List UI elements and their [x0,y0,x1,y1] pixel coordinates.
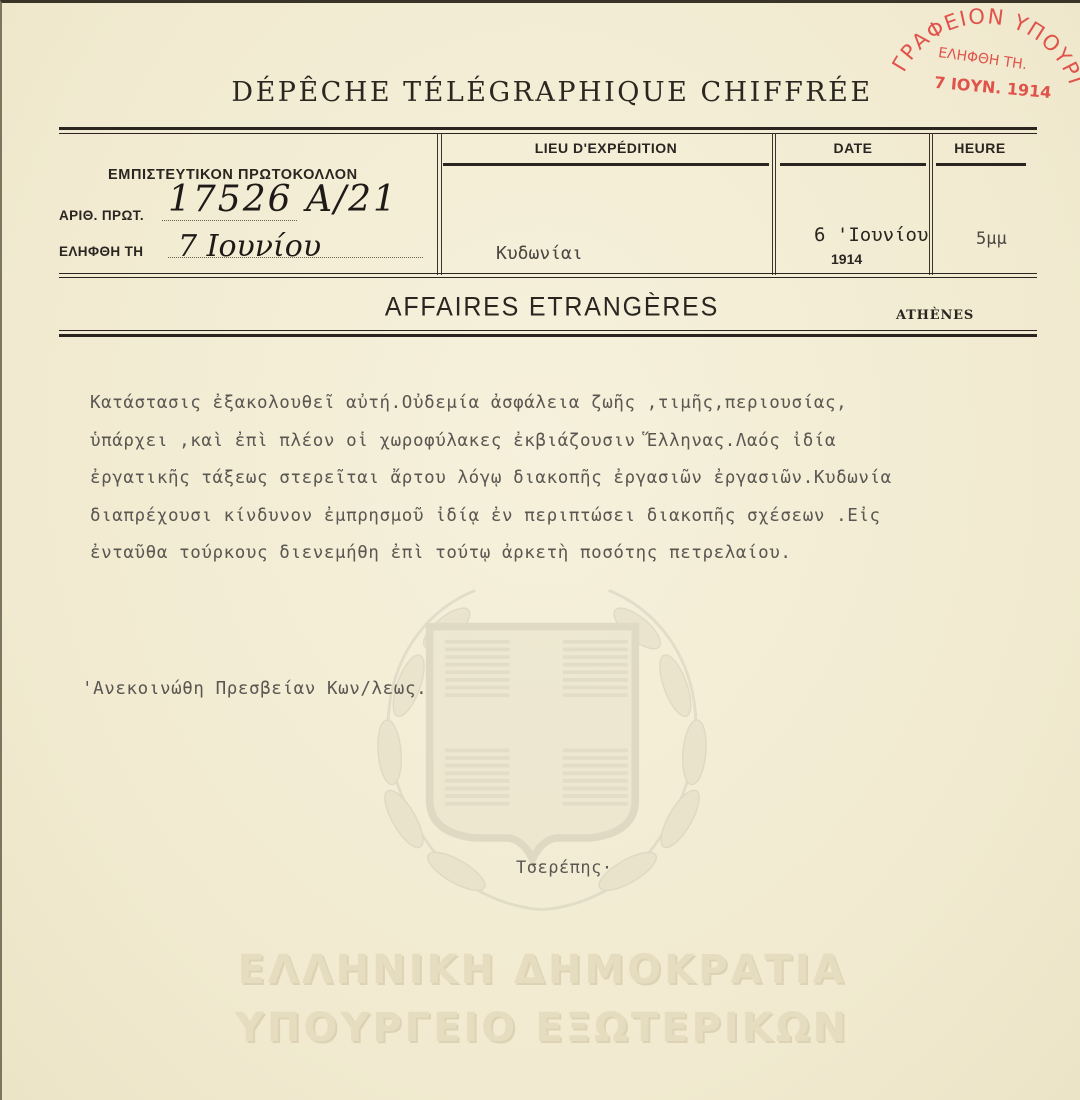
message-line: ἐργατικῆς τάξεως στερεῖται ἄρτου λόγῳ δι… [90,460,1080,498]
watermark-line1: ΕΛΛΗΝΙΚΗ ΔΗΜΟΚΡΑΤΙΑ [2,947,1080,993]
middle-rule [59,277,1037,278]
place-value: Κυδωνίαι [496,243,583,264]
ministry-city: ATHÈNES [896,308,974,323]
message-line: διαπρέχουσι κίνδυνον ἐμπρησμοῦ ἰδίᾳ ἐν π… [90,498,1080,536]
top-rule-thin [59,133,1037,134]
message-line: ἐνταῦθα τούρκους διενεμήθη ἐπὶ τούτῳ ἀρκ… [90,535,1080,573]
date-value: 6 'Ιουνίου [814,224,928,246]
signature: Τσερέπης· [516,858,613,878]
stamp-line1: ΕΛΗΦΘΗ ΤΗ. [937,45,1028,73]
received-label: ΕΛΗΦΘΗ ΤΗ [59,244,143,259]
col-divider [441,133,442,275]
header-underline [443,163,769,166]
telegram-document: ΓΡΑΦΕΙΟΝ ΥΠΟΥΡΓΟΥ ΕΛΗΦΘΗ ΤΗ. 7 ΙΟΥΝ. 191… [0,0,1080,1100]
announcement: 'Ανεκοινώθη Πρεσβείαν Κων/λεως. [82,679,427,699]
middle-rule [59,273,1037,274]
year-value: 1914 [831,251,862,267]
protocol-number-dotline [162,220,297,221]
col-divider [772,133,773,275]
col-divider [437,133,438,275]
lower-rule [59,334,1037,337]
watermark-line2: ΥΠΟΥΡΓΕΙΟ ΕΞΩΤΕΡΙΚΩΝ [2,1005,1080,1051]
col-divider [932,133,933,275]
time-header: HEURE [934,140,1026,156]
date-header: DATE [777,140,929,156]
lower-rule-thin [59,330,1037,331]
message-line: Κατάστασις ἐξακολουθεῖ αὐτή.Οὐδεμία ἀσφά… [90,385,1080,423]
received-value: 7 Ιουνίου [178,229,321,264]
col-divider [775,133,776,275]
time-value: 5μμ [976,229,1007,249]
col-divider [929,133,930,275]
top-rule [59,127,1037,130]
header-underline [936,163,1026,166]
protocol-number-value: 17526 Α/21 [168,179,398,220]
protocol-number-label: ΑΡΙΘ. ΠΡΩΤ. [59,208,144,223]
message-line: ὑπάρχει ,καὶ ἐπὶ πλέον οἱ χωροφύλακες ἐκ… [90,423,1080,461]
header-underline [780,163,926,166]
place-header: LIEU D'EXPÉDITION [443,140,769,156]
document-title: DÉPÊCHE TÉLÉGRAPHIQUE CHIFFRÉE [2,77,1080,108]
message-body: Κατάστασις ἐξακολουθεῖ αὐτή.Οὐδεμία ἀσφά… [90,385,1080,573]
